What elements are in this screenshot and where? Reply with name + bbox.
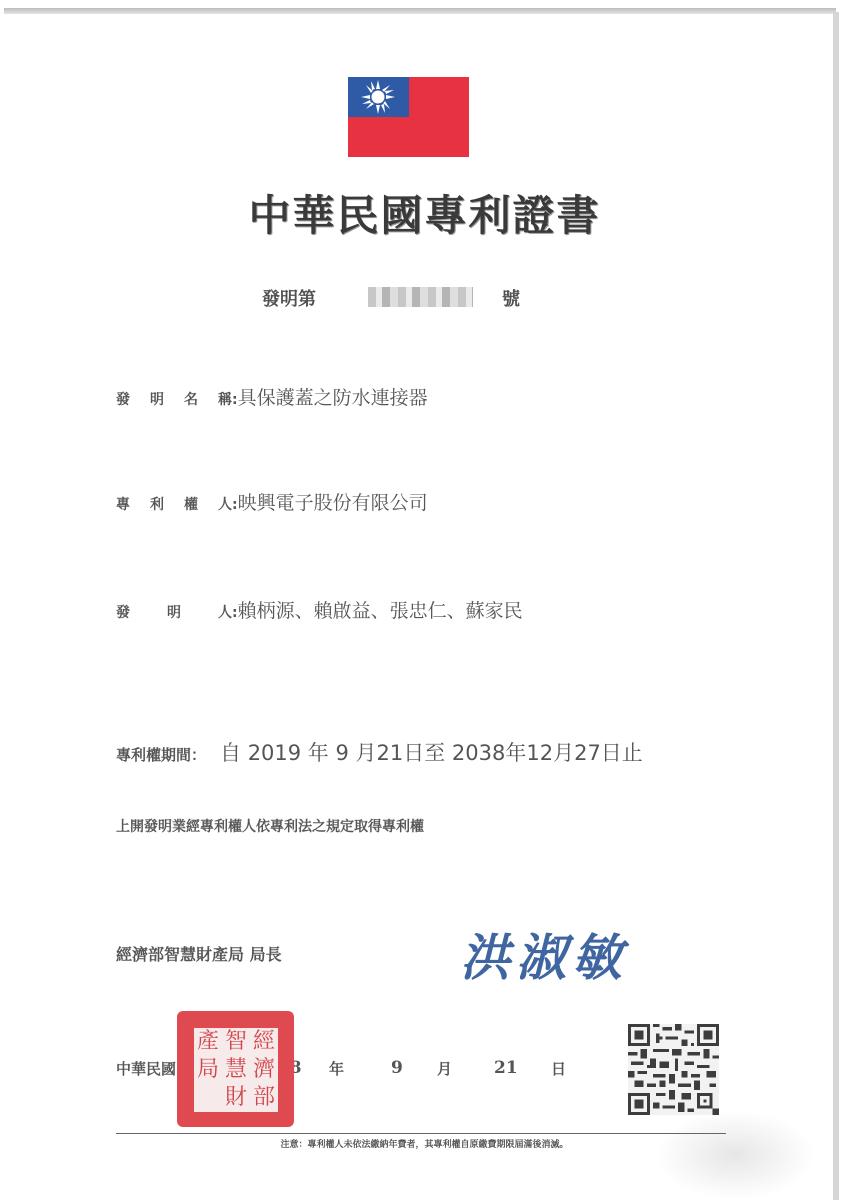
patentee-field: 專 利 權 人 : 映興電子股份有限公司 <box>116 488 428 515</box>
label-char: 發 <box>116 602 130 622</box>
patent-number-prefix: 發明第 <box>262 285 316 311</box>
inventors-field: 發 明 人 : 賴柄源、賴啟益、張忠仁、蘇家民 <box>116 596 523 623</box>
seal-char <box>194 1084 222 1112</box>
seal-char: 經 <box>250 1028 278 1056</box>
label-char: 專 <box>116 494 130 514</box>
director-signature: 洪淑敏 <box>460 918 628 990</box>
label-char: 人 <box>218 494 232 514</box>
date-month: 9 <box>391 1058 403 1078</box>
patent-term-label: 專利權期間： <box>116 744 206 765</box>
seal-char: 部 <box>250 1084 278 1112</box>
patentee-label: 專 利 權 人 <box>116 494 232 514</box>
footer-note: 注意：專利權人未依法繳納年費者，其專利權自原繳費期限屆滿後消滅。 <box>0 1137 849 1150</box>
patent-term: 專利權期間： 自 2019 年 9 月21日至 2038年12月27日止 <box>116 737 643 767</box>
label-char: 人 <box>218 602 232 622</box>
seal-char: 產 <box>194 1028 222 1056</box>
seal-char: 智 <box>222 1028 250 1056</box>
label-char: 明 <box>167 602 181 622</box>
seal-char: 慧 <box>222 1056 250 1084</box>
certificate-title: 中華民國專利證書 <box>0 183 849 243</box>
flag-canton <box>348 77 409 117</box>
inventors-label: 發 明 人 <box>116 602 232 622</box>
patent-number-suffix: 號 <box>502 285 520 311</box>
seal-char: 財 <box>222 1084 250 1112</box>
roc-flag-icon <box>348 77 469 157</box>
official-seal: 產 智 經 局 慧 濟 財 部 <box>177 1011 294 1127</box>
inventors-value: 賴柄源、賴啟益、張忠仁、蘇家民 <box>238 596 523 623</box>
label-char: 名 <box>184 389 198 409</box>
grant-statement: 上開發明業經專利權人依專利法之規定取得專利權 <box>116 816 424 836</box>
scan-edge-top <box>4 8 836 14</box>
date-month-unit: 月 <box>437 1058 452 1079</box>
label-char: 稱 <box>218 389 232 409</box>
date-era: 中華民國 <box>116 1058 176 1079</box>
label-char: 發 <box>116 389 130 409</box>
qr-code-icon <box>628 1024 719 1115</box>
patentee-value: 映興電子股份有限公司 <box>238 488 428 515</box>
invention-name-value: 具保護蓋之防水連接器 <box>238 383 428 410</box>
date-day: 21 <box>494 1058 518 1078</box>
redacted-patent-number <box>368 287 473 307</box>
label-char: 權 <box>184 494 198 514</box>
patent-term-value: 自 2019 年 9 月21日至 2038年12月27日止 <box>220 737 643 767</box>
seal-inscription: 產 智 經 局 慧 濟 財 部 <box>194 1028 278 1112</box>
scan-smudge <box>655 1110 815 1200</box>
footer-divider <box>116 1133 726 1134</box>
date-day-unit: 日 <box>551 1058 566 1079</box>
white-sun-icon <box>358 77 398 117</box>
date-year-unit: 年 <box>329 1058 344 1079</box>
invention-name-field: 發 明 名 稱 : 具保護蓋之防水連接器 <box>116 383 428 410</box>
label-char: 利 <box>150 494 164 514</box>
issuing-office: 經濟部智慧財產局 局長 <box>116 942 282 965</box>
invention-name-label: 發 明 名 稱 <box>116 389 232 409</box>
seal-char: 濟 <box>250 1056 278 1084</box>
label-char: 明 <box>150 389 164 409</box>
seal-char: 局 <box>194 1056 222 1084</box>
